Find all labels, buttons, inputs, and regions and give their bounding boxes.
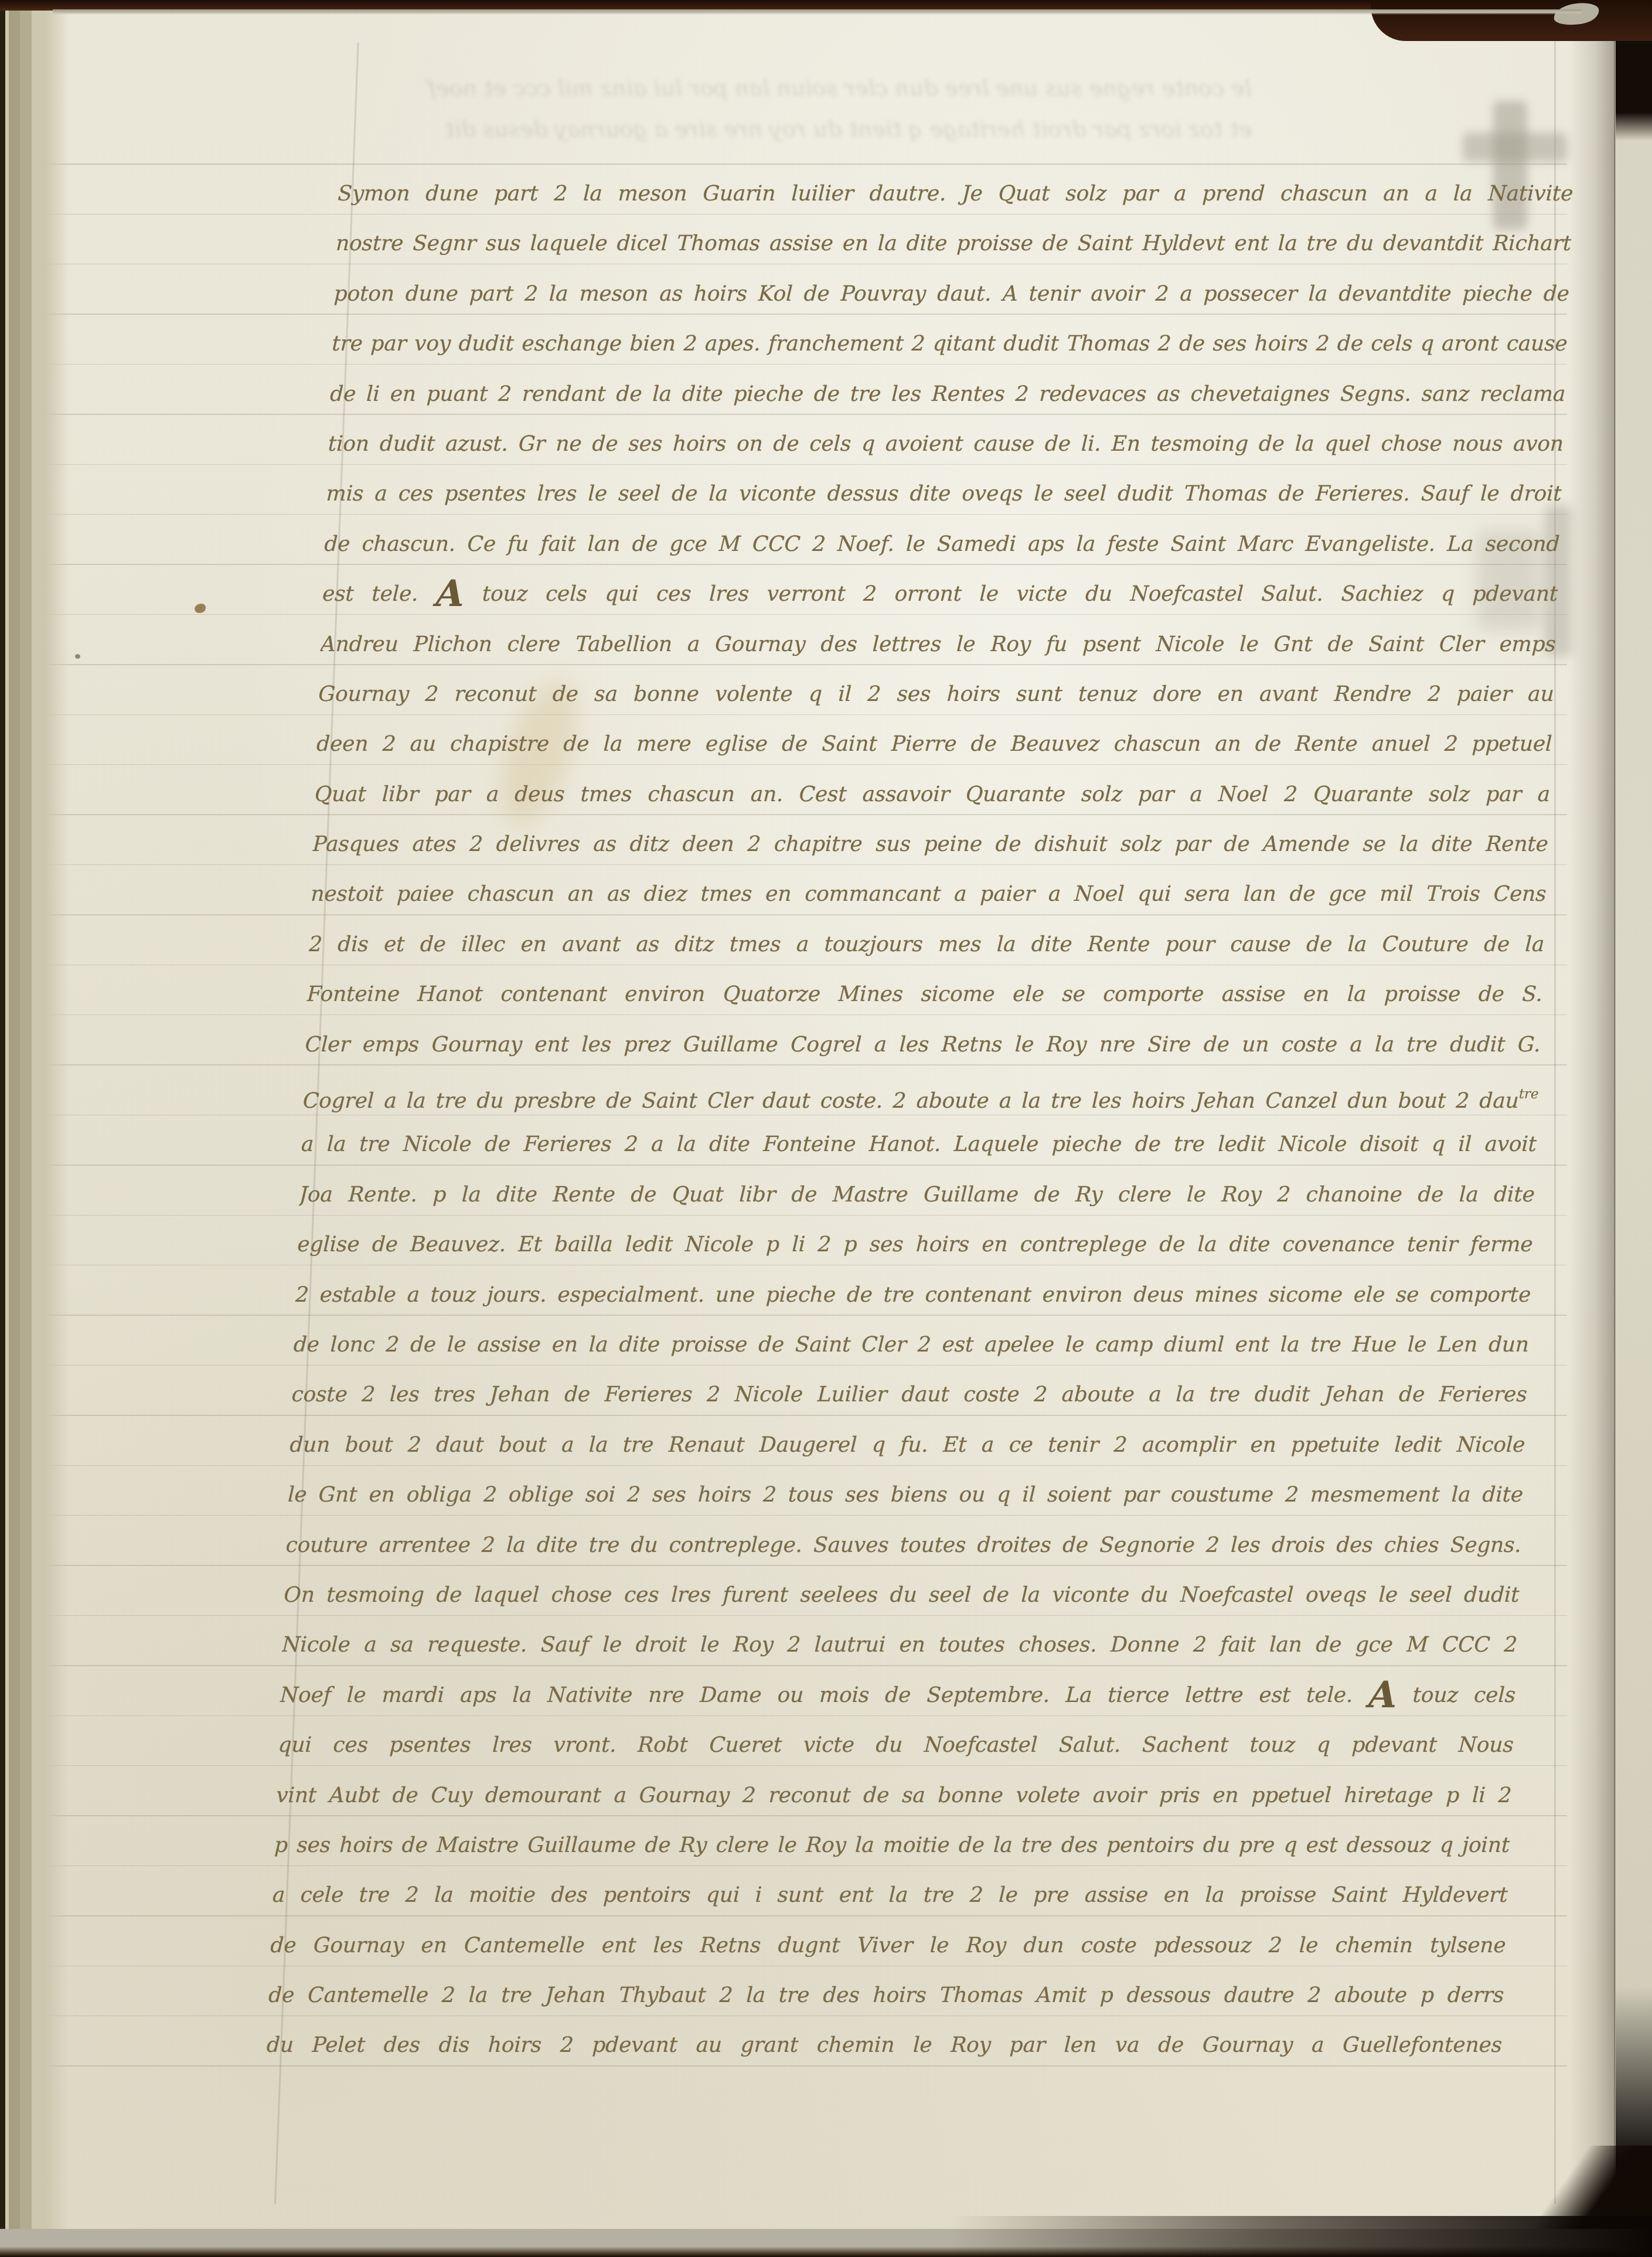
manuscript-line: Gournay 2 reconut de sa bonne volente q … [318, 669, 1555, 719]
manuscript-line: tion dudit azust. Gr ne de ses hoirs on … [327, 419, 1564, 469]
page-top-edge [53, 9, 1582, 15]
manuscript-line: de lonc 2 de le assise en la dite proiss… [292, 1320, 1530, 1370]
manuscript-line: Noef le mardi aps la Nativite nre Dame o… [279, 1670, 1516, 1720]
manuscript-line: nestoit paiee chascun an as diez tmes en… [310, 869, 1547, 919]
bleedthrough-text-line: et toz iorz par droit heritage q tient d… [445, 116, 1252, 142]
manuscript-line: qui ces psentes lres vront. Robt Cueret … [277, 1720, 1514, 1770]
manuscript-line: Cogrel a la tre du presbre de Saint Cler… [302, 1070, 1539, 1119]
manuscript-line: vint Aubt de Cuy demourant a Gournay 2 r… [275, 1771, 1513, 1820]
manuscript-line: Quat libr par a deus tmes chascun an. Ce… [314, 770, 1551, 819]
manuscript-line: Fonteine Hanot contenant environ Quatorz… [306, 969, 1543, 1019]
manuscript-line: deen 2 au chapistre de la mere eglise de… [316, 719, 1553, 769]
manuscript-line: le Gnt en obliga 2 oblige soi 2 ses hoir… [287, 1470, 1524, 1520]
bleedthrough-text-line: le conte regne sus une lree dun cler soi… [428, 75, 1252, 101]
manuscript-line: Cler emps Gournay ent les prez Guillame … [304, 1020, 1541, 1070]
manuscript-line: Joa Rente. p la dite Rente de Quat libr … [298, 1170, 1535, 1220]
bleedthrough-cross-mark [1463, 132, 1567, 162]
manuscript-line: 2 estable a touz jours. especialment. un… [295, 1270, 1532, 1320]
manuscript-line: dun bout 2 daut bout a la tre Renaut Dau… [289, 1420, 1526, 1470]
binding-shadow-bottom-right [949, 2216, 1652, 2257]
manuscript-line: a cele tre 2 la moitie des pentoirs qui … [271, 1870, 1508, 1920]
manuscript-line: Andreu Plichon clere Tabellion a Gournay… [319, 619, 1556, 669]
manuscript-line: On tesmoing de laquel chose ces lres fur… [283, 1570, 1520, 1620]
manuscript-line: coste 2 les tres Jehan de Ferieres 2 Nic… [291, 1370, 1528, 1419]
manuscript-line: tre par voy dudit eschange bien 2 apes. … [331, 319, 1568, 369]
manuscript-scan: le conte regne sus une lree dun cler soi… [0, 0, 1652, 2257]
manuscript-line: nostre Segnr sus laquele dicel Thomas as… [335, 219, 1572, 268]
manuscript-line: de chascun. Ce fu fait lan de gce M CCC … [323, 519, 1561, 569]
ink-dot [75, 654, 80, 659]
manuscript-line: du Pelet des dis hoirs 2 pdevant au gran… [265, 2020, 1503, 2070]
manuscript-line: poton dune part 2 la meson as hoirs Kol … [333, 269, 1570, 319]
manuscript-line: de li en puant 2 rendant de la dite piec… [329, 369, 1566, 419]
leather-binding-top-right [1371, 0, 1652, 41]
book-gutter-left-edge [0, 0, 70, 2257]
manuscript-line: couture arrentee 2 la dite tre du contre… [285, 1520, 1522, 1570]
manuscript-line: mis a ces psentes lres le seel de la vic… [325, 469, 1562, 519]
manuscript-line: Nicole a sa requeste. Sauf le droit le R… [281, 1620, 1518, 1670]
manuscript-line: est tele. A touz cels qui ces lres verro… [321, 569, 1558, 619]
manuscript-line: eglise de Beauvez. Et bailla ledit Nicol… [297, 1220, 1534, 1269]
manuscript-text-block: Symon dune part 2 la meson Guarin luilie… [265, 169, 1574, 2071]
manuscript-line: de Gournay en Cantemelle ent les Retns d… [270, 1921, 1507, 1970]
next-folio-edge [1616, 0, 1652, 2257]
manuscript-line: de Cantemelle 2 la tre Jehan Thybaut 2 l… [268, 1970, 1505, 2020]
manuscript-line: Symon dune part 2 la meson Guarin luilie… [337, 169, 1574, 219]
manuscript-line: Pasques ates 2 delivres as ditz deen 2 c… [312, 819, 1549, 869]
manuscript-line: 2 dis et de illec en avant as ditz tmes … [308, 920, 1545, 969]
manuscript-line: p ses hoirs de Maistre Guillaume de Ry c… [273, 1820, 1510, 1870]
page-fold-shadow [1569, 23, 1615, 2216]
ruling-top-line [43, 164, 1567, 165]
manuscript-line: a la tre Nicole de Ferieres 2 a la dite … [300, 1119, 1537, 1169]
